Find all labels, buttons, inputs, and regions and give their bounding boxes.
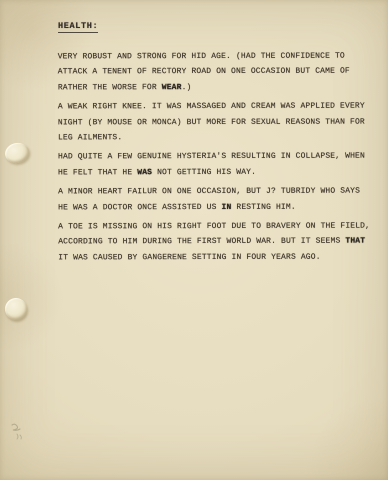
line-text: A TOE IS MISSING ON HIS RIGHT FOOT DUE T… [58,221,370,231]
line-text-bold: THAT [345,237,365,246]
document-body: VERY ROBUST AND STRONG FOR HID AGE. (HAD… [58,49,365,270]
line-text: A WEAK RIGHT KNEE. IT WAS MASSAGED AND C… [58,102,365,112]
paper-blemish-emboss [5,298,27,320]
line-text-bold: WAS [137,168,152,177]
line-text: .) [182,83,192,92]
text-line: A MINOR HEART FAILUR ON ONE OCCASION, BU… [58,184,364,200]
text-line: HAD QUITE A FEW GENUINE HYSTERIA'S RESUL… [58,149,364,165]
line-text: NIGHT (BY MOUSE OR MONCA) BUT MORE FOR S… [58,117,365,127]
text-line: IT WAS CAUSED BY GANGERENE SETTING IN FO… [58,249,364,265]
line-text: ACCORDING TO HIM DURING THE FIRST WORLD … [58,237,345,247]
paragraph: VERY ROBUST AND STRONG FOR HID AGE. (HAD… [58,49,364,96]
text-line: ACCORDING TO HIM DURING THE FIRST WORLD … [58,234,364,250]
line-text: RESTING HIM. [231,202,295,211]
text-line: A TOE IS MISSING ON HIS RIGHT FOOT DUE T… [58,219,364,235]
paragraph: HAD QUITE A FEW GENUINE HYSTERIA'S RESUL… [58,149,364,181]
text-line: A WEAK RIGHT KNEE. IT WAS MASSAGED AND C… [58,99,364,115]
text-line: VERY ROBUST AND STRONG FOR HID AGE. (HAD… [58,49,364,65]
text-line: LEG AILMENTS. [58,130,364,146]
paragraph: A TOE IS MISSING ON HIS RIGHT FOOT DUE T… [58,219,364,266]
page-title: HEALTH: [58,21,98,33]
paper-blemish-emboss [3,141,31,166]
line-text-bold: IN [222,202,232,211]
line-text: VERY ROBUST AND STRONG FOR HID AGE. (HAD… [58,52,345,62]
line-text: HAD QUITE A FEW GENUINE HYSTERIA'S RESUL… [58,152,365,162]
line-text: NOT GETTING HIS WAY. [152,168,256,177]
paragraph: A WEAK RIGHT KNEE. IT WAS MASSAGED AND C… [58,99,364,146]
text-line: HE FELT THAT HE WAS NOT GETTING HIS WAY. [58,164,364,180]
line-text: ATTACK A TENENT OF RECTORY ROAD ON ONE O… [58,67,350,77]
pencil-scribble [8,421,36,447]
line-text: A MINOR HEART FAILUR ON ONE OCCASION, BU… [58,187,360,197]
line-text: LEG AILMENTS. [58,133,122,142]
line-text: HE WAS A DOCTOR ONCE ASSISTED US [58,202,221,211]
text-line: HE WAS A DOCTOR ONCE ASSISTED US IN REST… [58,199,364,215]
paragraph: A MINOR HEART FAILUR ON ONE OCCASION, BU… [58,184,364,216]
text-line: NIGHT (BY MOUSE OR MONCA) BUT MORE FOR S… [58,114,364,130]
text-line: ATTACK A TENENT OF RECTORY ROAD ON ONE O… [58,64,364,80]
text-line: RATHER THE WORSE FOR WEAR.) [58,79,364,95]
line-text: IT WAS CAUSED BY GANGERENE SETTING IN FO… [58,252,320,262]
line-text-bold: WEAR [162,83,182,92]
line-text: RATHER THE WORSE FOR [58,83,162,92]
typed-document-page: HEALTH: VERY ROBUST AND STRONG FOR HID A… [0,0,388,480]
line-text: HE FELT THAT HE [58,168,137,177]
